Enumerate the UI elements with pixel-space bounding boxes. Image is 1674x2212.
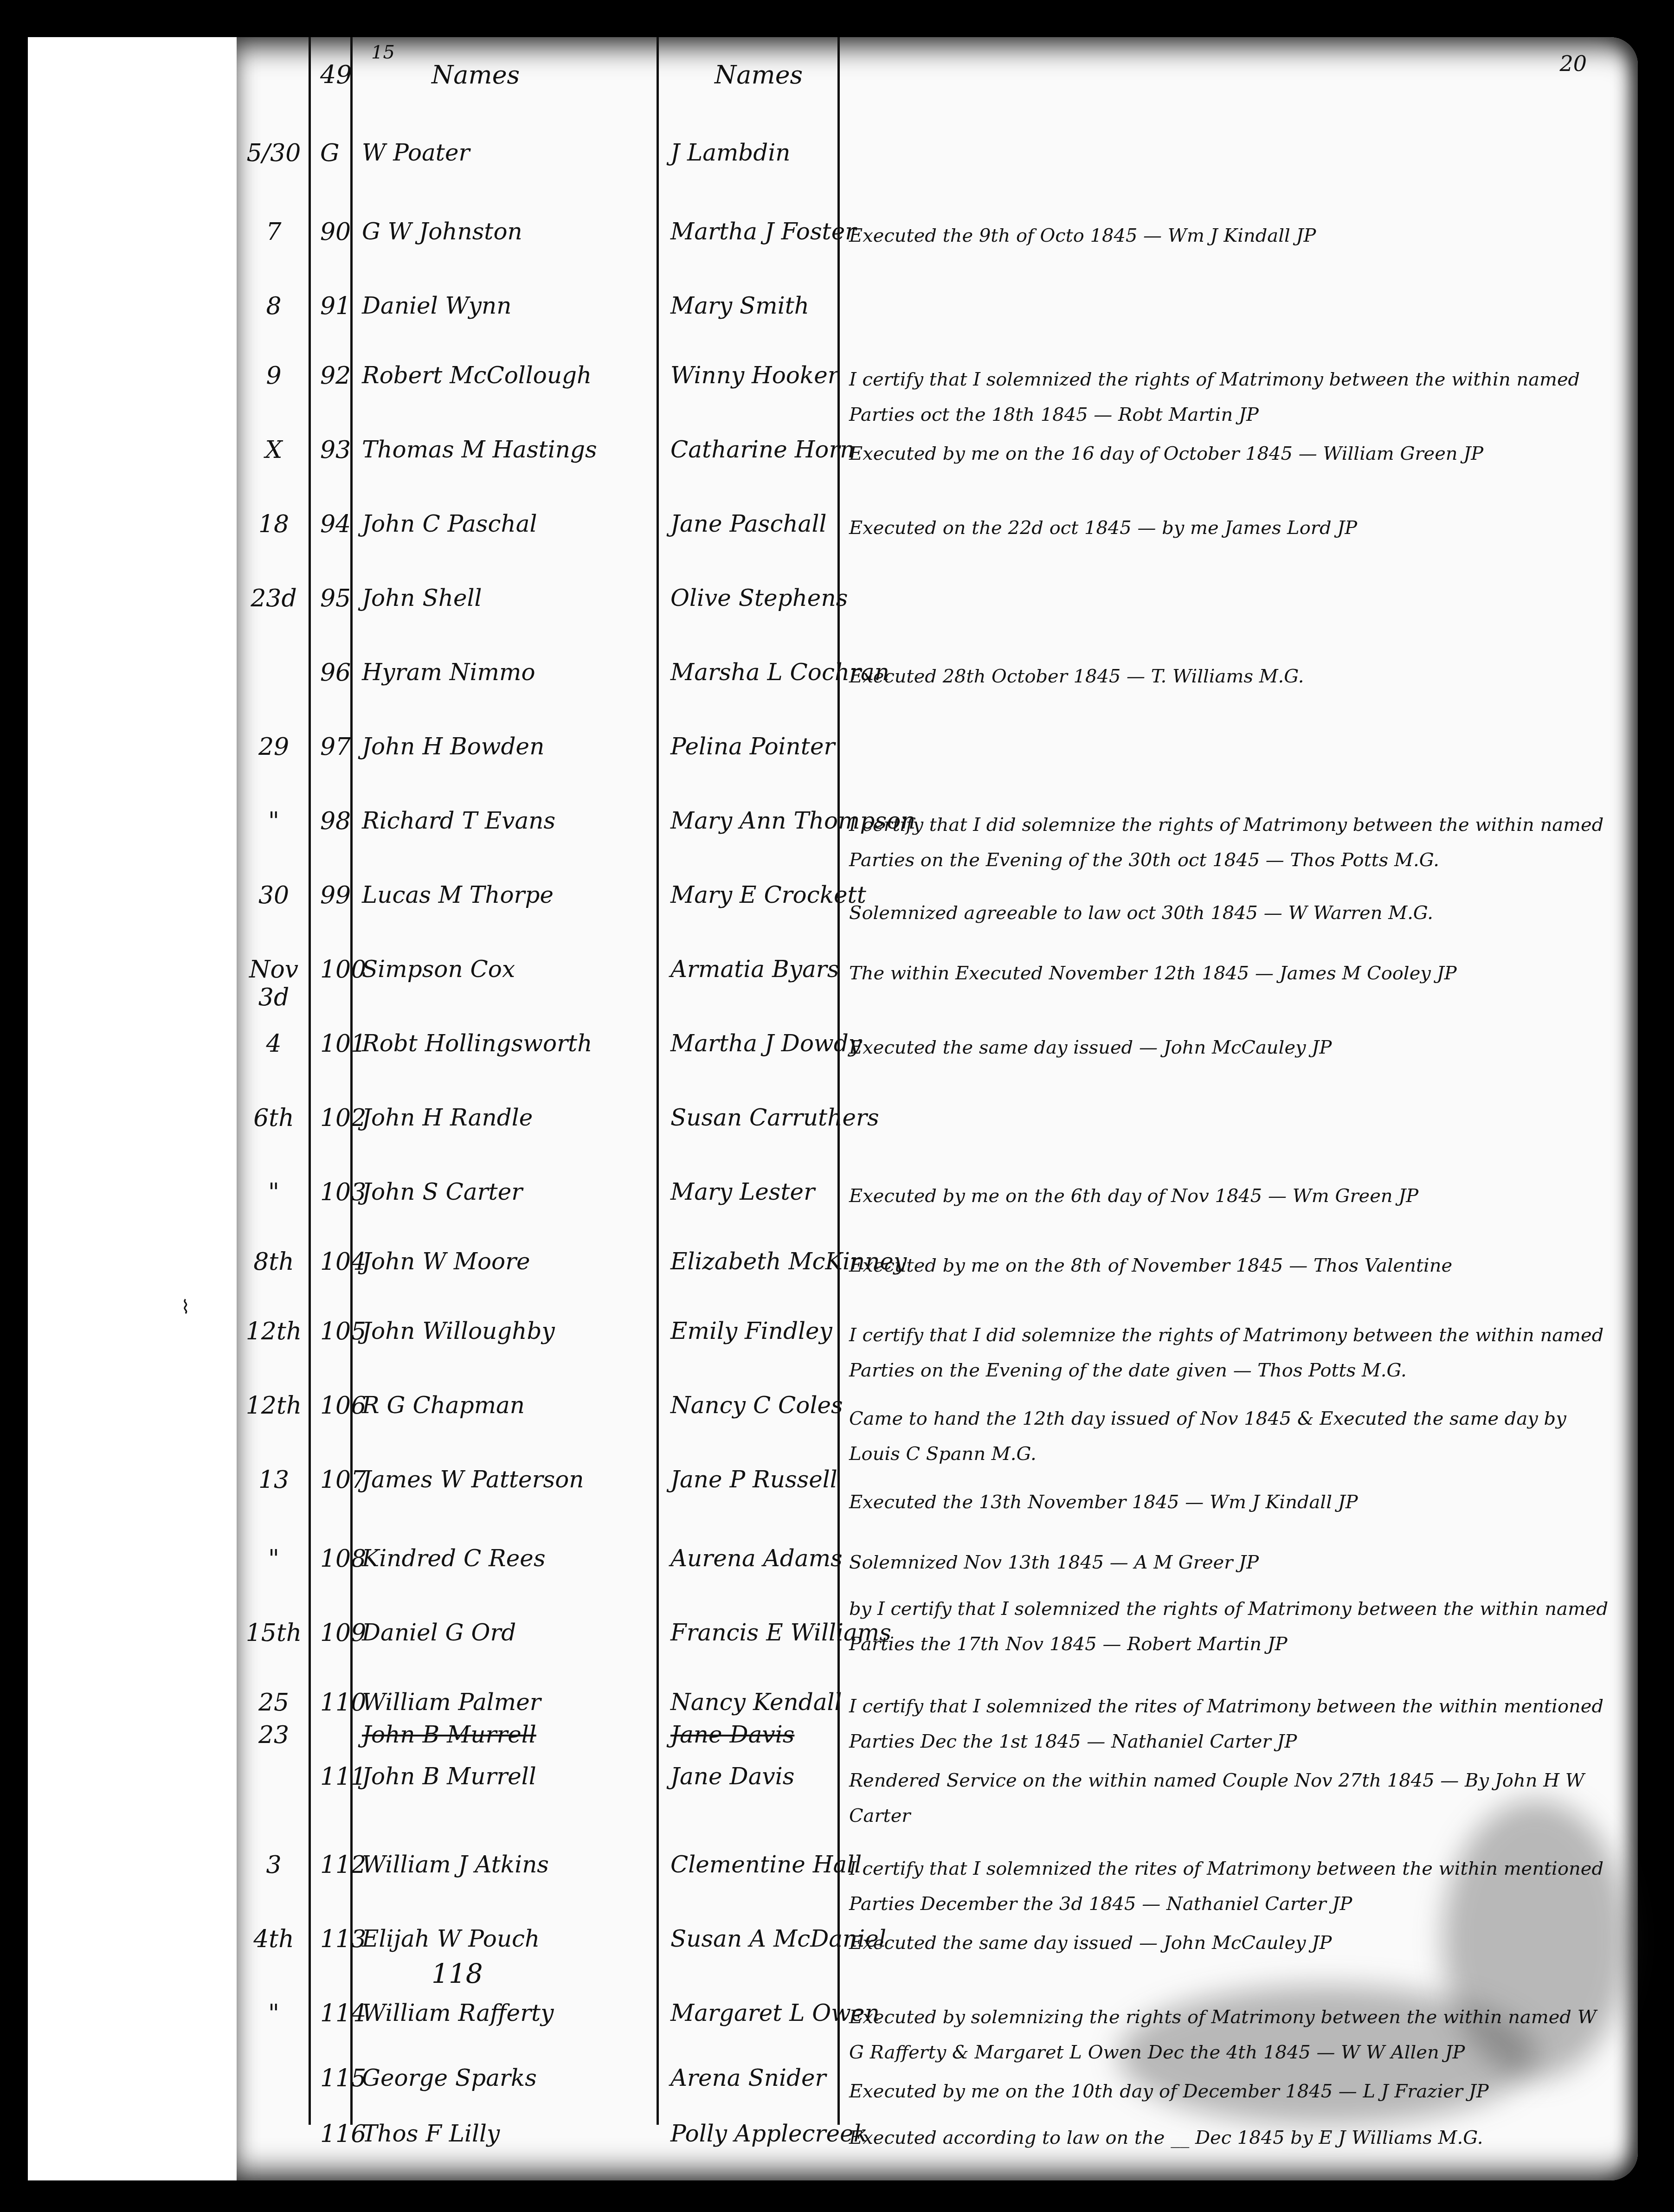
officiant-return: Executed the 13th November 1845 — Wm J K…	[849, 1485, 1610, 1520]
entry-date: 13	[241, 1466, 306, 1494]
groom-name: John S Carter	[362, 1178, 640, 1205]
groom-name: John W Moore	[362, 1248, 640, 1275]
groom-name: Richard T Evans	[362, 807, 640, 834]
officiant-return: Came to hand the 12th day issued of Nov …	[849, 1401, 1610, 1472]
entry-date: X	[241, 436, 306, 464]
entry-date: 8	[241, 292, 306, 320]
bride-name-struck: Jane Davis	[670, 1721, 967, 1748]
column-rule	[350, 37, 353, 2125]
groom-name: Simpson Cox	[362, 956, 640, 983]
groom-name: Robert McCollough	[362, 362, 640, 389]
header-bride: Names	[715, 60, 803, 90]
groom-name: William Rafferty	[362, 2000, 640, 2026]
groom-name: Daniel G Ord	[362, 1619, 640, 1646]
overwritten-number: 118	[431, 1958, 483, 1989]
groom-name: Thomas M Hastings	[362, 436, 640, 463]
column-rule	[837, 37, 840, 2125]
entry-date: 8th	[241, 1248, 306, 1276]
officiant-return: Executed by me on the 16 day of October …	[849, 436, 1610, 471]
groom-name: John H Randle	[362, 1104, 640, 1131]
entry-date: 9	[241, 362, 306, 390]
entry-date: 4	[241, 1030, 306, 1058]
column-rule	[309, 37, 311, 2125]
officiant-return: I certify that I did solemnize the right…	[849, 1318, 1610, 1388]
entry-date: 4th	[241, 1925, 306, 1953]
column-rule	[657, 37, 659, 2125]
groom-name: William J Atkins	[362, 1851, 640, 1878]
entry-date: 15th	[241, 1619, 306, 1647]
officiant-return: I certify that I did solemnize the right…	[849, 807, 1610, 878]
groom-name: William Palmer	[362, 1689, 640, 1716]
entry-date: 7	[241, 218, 306, 246]
officiant-return: Executed by me on the 8th of November 18…	[849, 1248, 1610, 1283]
entry-date: "	[241, 807, 306, 835]
entry-date: 29	[241, 733, 306, 761]
officiant-return: Executed on the 22d oct 1845 — by me Jam…	[849, 510, 1610, 546]
groom-name: Lucas M Thorpe	[362, 881, 640, 908]
officiant-return: Executed the same day issued — John McCa…	[849, 1925, 1610, 1961]
groom-name: John H Bowden	[362, 733, 640, 760]
officiant-return: Executed the same day issued — John McCa…	[849, 1030, 1610, 1065]
entry-date: 12th	[241, 1318, 306, 1345]
groom-name: George Sparks	[362, 2064, 640, 2091]
entry-date: 5/30	[241, 139, 306, 167]
page-number: 20	[1559, 51, 1587, 76]
entry-date: 3	[241, 1851, 306, 1879]
scan-margin	[28, 37, 237, 2180]
officiant-return: by I certify that I solemnized the right…	[849, 1591, 1610, 1662]
officiant-return: Executed according to law on the __ Dec …	[849, 2120, 1610, 2155]
officiant-return: Solemnized agreeable to law oct 30th 184…	[849, 895, 1610, 931]
groom-name: James W Patterson	[362, 1466, 640, 1493]
officiant-return: Rendered Service on the within named Cou…	[849, 1763, 1610, 1833]
entry-date: "	[241, 1178, 306, 1206]
groom-name: John Shell	[362, 585, 640, 611]
entry-date: Nov 3d	[241, 956, 306, 1011]
groom-name: John Willoughby	[362, 1318, 640, 1344]
register-page: 20 49 15 Names Names 5/30 G W Poater J L…	[237, 37, 1638, 2180]
entry-date: "	[241, 1545, 306, 1573]
entry-date: 25	[241, 1689, 306, 1717]
officiant-return: Executed by solemnizing the rights of Ma…	[849, 2000, 1610, 2070]
entry-date: 30	[241, 881, 306, 909]
officiant-return: Executed 28th October 1845 — T. Williams…	[849, 659, 1610, 694]
groom-name: John B Murrell	[362, 1763, 640, 1790]
header-number: 49	[320, 60, 352, 90]
groom-name-struck: John B Murrell	[362, 1721, 640, 1748]
officiant-return: The within Executed November 12th 1845 —…	[849, 956, 1610, 991]
groom-name: R G Chapman	[362, 1392, 640, 1419]
bride-name: Mary Smith	[670, 292, 967, 319]
officiant-return: Executed the 9th of Octo 1845 — Wm J Kin…	[849, 218, 1610, 253]
groom-name: G W Johnston	[362, 218, 640, 245]
bride-name: Susan Carruthers	[670, 1104, 967, 1131]
entry-date: 6th	[241, 1104, 306, 1132]
groom-name: John C Paschal	[362, 510, 640, 537]
groom-name: W Poater	[362, 139, 640, 166]
header-groom: Names	[431, 60, 520, 90]
groom-name: Thos F Lilly	[362, 2120, 640, 2147]
entry-date: 23d	[241, 585, 306, 612]
margin-mark: ⌇	[181, 1297, 190, 1318]
entry-date: 23	[241, 1721, 306, 1749]
entry-date: 18	[241, 510, 306, 538]
officiant-return: Executed by me on the 6th day of Nov 184…	[849, 1178, 1610, 1214]
groom-name: Robt Hollingsworth	[362, 1030, 640, 1057]
officiant-return: I certify that I solemnized the rites of…	[849, 1851, 1610, 1922]
officiant-return: I certify that I solemnized the rights o…	[849, 362, 1610, 432]
bride-name: Pelina Pointer	[670, 733, 967, 760]
entry-date: 12th	[241, 1392, 306, 1420]
entry-date: "	[241, 2000, 306, 2027]
officiant-return: Solemnized Nov 13th 1845 — A M Greer JP	[849, 1545, 1610, 1580]
groom-name: Elijah W Pouch	[362, 1925, 640, 1952]
bride-name: J Lambdin	[670, 139, 967, 166]
bride-name: Olive Stephens	[670, 585, 967, 611]
groom-name: Hyram Nimmo	[362, 659, 640, 686]
groom-name: Daniel Wynn	[362, 292, 640, 319]
officiant-return: Executed by me on the 10th day of Decemb…	[849, 2074, 1610, 2109]
groom-name: Kindred C Rees	[362, 1545, 640, 1572]
header-groom-top: 15	[371, 42, 395, 63]
